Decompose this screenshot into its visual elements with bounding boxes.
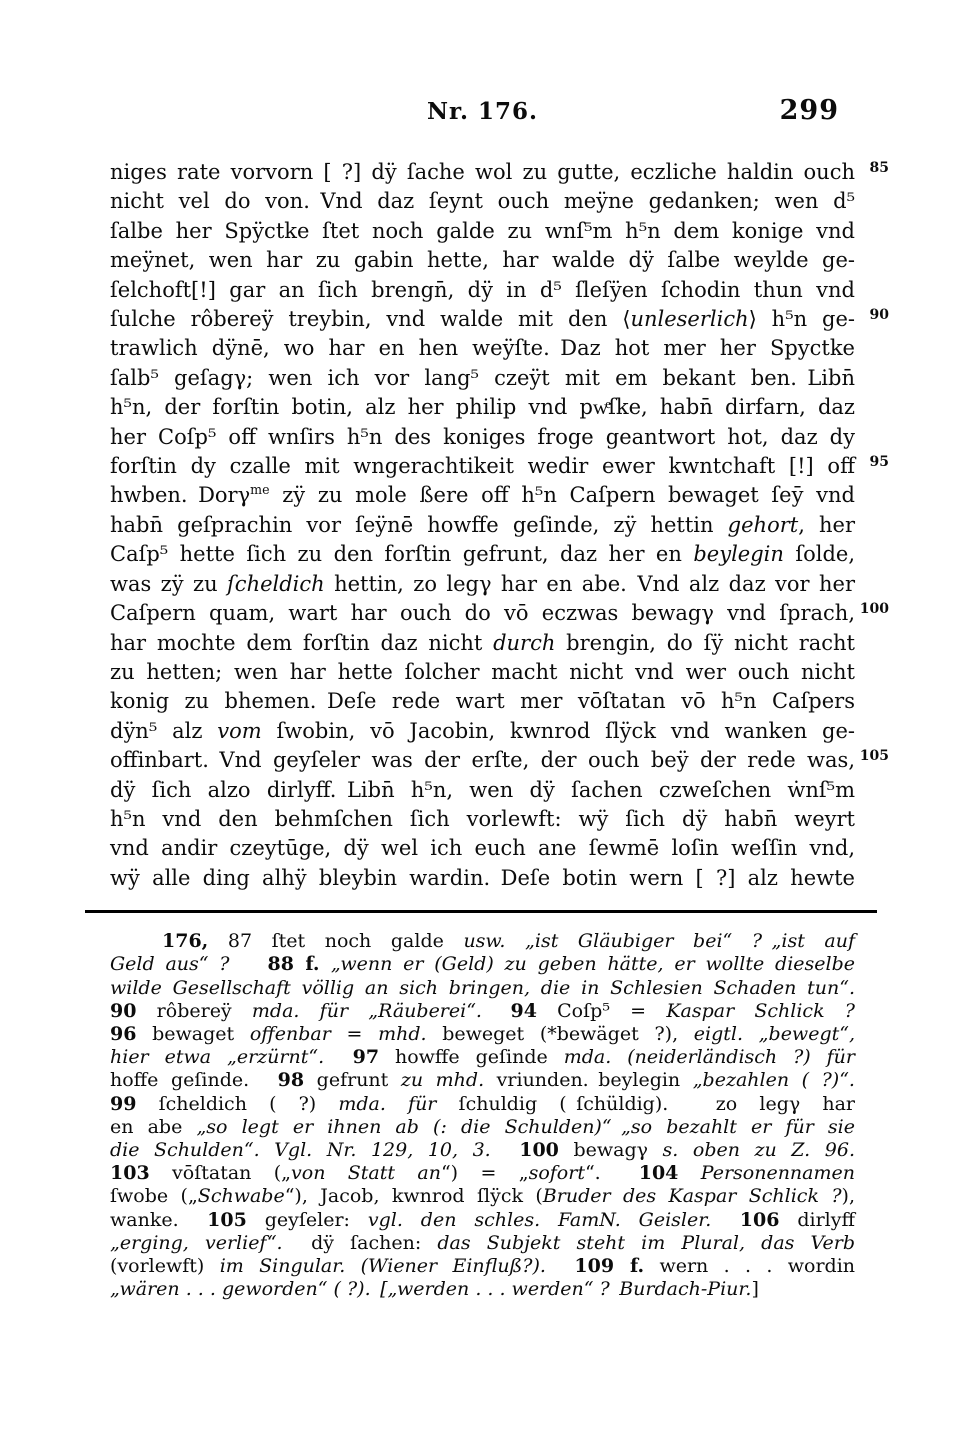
text-segment: ſalbe her Spÿctke ſtet noch galde zu wnſ… — [110, 219, 855, 243]
footnote-line: ſwobe („Schwabe“), Jacob, kwnrod ſlÿck (… — [110, 1185, 855, 1208]
text-segment — [678, 1162, 700, 1184]
book-page: Nr. 176. 299 niges rate vorvorn [ ?] dÿ … — [0, 0, 960, 1435]
text-segment: usw. „ist Gläubiger bei“ ? „ist auf — [463, 930, 855, 952]
page-number: 299 — [780, 95, 839, 126]
text-segment: zÿ zu mole ßere off h⁵n Caſpern bewaget … — [270, 483, 855, 507]
main-text-line: hwben. Dorγme zÿ zu mole ßere off h⁵n Ca… — [110, 481, 855, 510]
footnote-line: „wären . . . geworden“ ( ?). [„werden . … — [110, 1278, 855, 1301]
text-segment: har mochte dem forſtin daz nicht — [110, 631, 493, 655]
text-segment — [249, 1069, 278, 1091]
text-segment: beylegin — [693, 542, 784, 566]
text-segment: die Schulden“. Vgl. Nr. 129, 10, 3. — [110, 1139, 491, 1161]
text-segment: niges rate vorvorn [ ?] dÿ ſache wol zu … — [110, 160, 855, 184]
document-number-heading: Nr. 176. — [110, 98, 855, 125]
text-segment: hier etwa „erzürnt“. — [110, 1046, 324, 1068]
text-segment: rôbereÿ — [136, 1000, 251, 1022]
text-segment: “) = „ — [441, 1162, 529, 1184]
main-text-line: ſulche rôbereÿ treybin, vnd walde mit de… — [110, 305, 855, 334]
main-text-line: trawlich dÿnē, wo har en hen weÿſte. Daz… — [110, 334, 855, 363]
main-text-line: ſalbe her Spÿctke ſtet noch galde zu wnſ… — [110, 217, 855, 246]
text-segment: „so legt er ihnen ab (: die Schulden)“ „… — [196, 1116, 855, 1138]
main-text-line: forſtin dy czalle mit wngerachtikeit wed… — [110, 452, 855, 481]
footnote-line: 90 rôbereÿ mda. für „Räuberei“. 94 Coſp⁵… — [110, 1000, 855, 1023]
text-segment: mda. für „Räuberei“. — [252, 1000, 482, 1022]
text-segment: geyſeler: — [247, 1209, 368, 1231]
text-segment: sofort — [529, 1162, 585, 1184]
footnote-separator-rule — [85, 910, 877, 913]
text-segment: offinbart. Vnd geyſeler was der erſte, d… — [110, 748, 855, 772]
text-segment: , her — [798, 513, 855, 537]
margin-line-number: 100 — [860, 595, 889, 624]
main-text-line: meÿnet, wen har zu gabin hette, har wald… — [110, 246, 855, 275]
footnote-line: wanke. 105 geyſeler: vgl. den schles. Fa… — [110, 1209, 855, 1232]
text-segment: Bruder des Kaspar Schlick ? — [543, 1185, 842, 1207]
footnote-line: (vorlewft) im Singular. (Wiener Einfluß?… — [110, 1255, 855, 1278]
text-segment: hettin, zo legγ har en abe. Vnd alz daz … — [325, 572, 855, 596]
text-segment: h⁵n, der forſtin botin, alz her philip v… — [110, 395, 855, 419]
text-segment: 90 — [110, 1000, 136, 1022]
text-segment: meÿnet, wen har zu gabin hette, har wald… — [110, 248, 855, 272]
footnote-line: 176, 87 ſtet noch galde usw. „ist Gläubi… — [110, 930, 855, 953]
text-segment: zu mhd. — [401, 1069, 484, 1091]
footnote-line: die Schulden“. Vgl. Nr. 129, 10, 3. 100 … — [110, 1139, 855, 1162]
text-segment: ), — [842, 1185, 855, 1207]
text-segment: me — [250, 482, 269, 497]
text-segment: durch — [493, 631, 555, 655]
text-segment: “), Jacob, kwnrod ſlÿck ( — [285, 1185, 543, 1207]
text-segment: 99 — [110, 1093, 136, 1115]
text-segment: her Coſp⁵ off wnſirs h⁵n des koniges fro… — [110, 425, 855, 449]
text-segment: mhd. — [378, 1023, 426, 1045]
text-segment: howffe geſinde — [379, 1046, 564, 1068]
text-segment: vōſtatan („ — [150, 1162, 291, 1184]
text-segment: unleserlich — [630, 307, 748, 331]
text-segment: Kaspar Schlick ? — [666, 1000, 855, 1022]
text-segment: wilde Gesellschaft völlig an sich bringe… — [110, 977, 855, 999]
footnote-line: 99 ſcheldich ( ?) mda. für ſchuldig ( ſc… — [110, 1093, 855, 1116]
main-text-line: Caſpern quam, wart har ouch do vō eczwas… — [110, 599, 855, 628]
text-segment — [230, 953, 268, 975]
text-segment: h⁵n vnd den behmſchen ſich vorlewft: wÿ … — [110, 807, 855, 831]
margin-line-number: 90 — [870, 301, 889, 330]
text-segment: “. — [585, 1162, 601, 1184]
text-segment: vriunden. beylegin — [484, 1069, 693, 1091]
text-segment: 94 — [510, 1000, 536, 1022]
text-segment: eigtl. „bewegt“, — [694, 1023, 855, 1045]
text-segment: hoffe geſinde. — [110, 1069, 249, 1091]
footnote-line: hoffe geſinde. 98 gefrunt zu mhd. vriund… — [110, 1069, 855, 1092]
text-segment: Geld aus“ ? — [110, 953, 230, 975]
text-segment: 109 f. — [574, 1255, 644, 1277]
text-segment — [283, 1232, 312, 1254]
text-segment: gehort — [728, 513, 799, 537]
text-segment: Schwabe — [198, 1185, 285, 1207]
text-segment: vnd andir czeytūge, dÿ wel ich euch ane … — [110, 836, 855, 860]
text-segment: wÿ alle ding alhÿ bleybin wardin. Deſe b… — [110, 866, 855, 890]
text-segment: s. oben zu Z. 96. — [663, 1139, 855, 1161]
text-segment: das Subjekt steht im Plural, das Verb — [437, 1232, 855, 1254]
main-text-line: niges rate vorvorn [ ?] dÿ ſache wol zu … — [110, 158, 855, 187]
text-segment: Personennamen — [701, 1162, 855, 1184]
text-segment — [482, 1000, 511, 1022]
main-text-line: har mochte dem forſtin daz nicht durch b… — [110, 629, 855, 658]
main-text-line: ſalb⁵ geſagγ; wen ich vor lang⁵ czeÿt mi… — [110, 364, 855, 393]
footnote-line: en abe „so legt er ihnen ab (: die Schul… — [110, 1116, 855, 1139]
main-text-line: konig zu bhemen. Deſe rede wart mer vōſt… — [110, 687, 855, 716]
text-segment — [711, 1209, 740, 1231]
text-segment: wern . . . wordin — [644, 1255, 855, 1277]
main-text-line: her Coſp⁵ off wnſirs h⁵n des koniges fro… — [110, 423, 855, 452]
text-segment: ſcheldich — [227, 572, 325, 596]
text-segment: von Statt an — [291, 1162, 441, 1184]
text-segment: ſchuldig ( ſchüldig). — [436, 1093, 668, 1115]
margin-line-number: 85 — [870, 154, 889, 183]
footnote-line: 103 vōſtatan („von Statt an“) = „sofort“… — [110, 1162, 855, 1185]
main-text-line: habn̄ geſprachin vor ſeÿnē howffe geſind… — [110, 511, 855, 540]
text-segment: „bezahlen ( ?)“. — [693, 1069, 855, 1091]
margin-line-number: 95 — [870, 448, 889, 477]
text-segment — [491, 1139, 520, 1161]
text-segment: nicht vel do von. Vnd daz ſeynt ouch meÿ… — [110, 189, 855, 213]
text-segment: beweget (*bewäget ?), — [427, 1023, 694, 1045]
text-segment: (vorlewft) — [110, 1255, 220, 1277]
text-segment: 88 f. — [268, 953, 331, 975]
footnote-line: „erging, verlief“. dÿ ſachen: das Subjek… — [110, 1232, 855, 1255]
main-text-line: dÿn⁵ alz vom ſwobin, vō Jacobin, kwnrod … — [110, 717, 855, 746]
text-segment: = — [331, 1023, 378, 1045]
text-segment: dÿ ſich alzo dirlyff. Libn̄ h⁵n, wen dÿ … — [110, 778, 855, 802]
footnote-line: Geld aus“ ? 88 f. „wenn er (Geld) zu geb… — [110, 953, 855, 976]
text-segment: ſalb⁵ geſagγ; wen ich vor lang⁵ czeÿt mi… — [110, 366, 855, 390]
text-segment: trawlich dÿnē, wo har en hen weÿſte. Daz… — [110, 336, 855, 360]
text-segment: vom — [217, 719, 261, 743]
margin-line-number: 105 — [860, 742, 889, 771]
text-segment: 176, — [162, 930, 208, 952]
text-segment: offenbar — [250, 1023, 331, 1045]
text-segment: mda. (neiderländisch ?) für — [564, 1046, 855, 1068]
text-segment: 103 — [110, 1162, 150, 1184]
text-segment — [179, 1209, 208, 1231]
text-segment: Caſpern quam, wart har ouch do vō eczwas… — [110, 601, 855, 625]
text-segment: konig zu bhemen. Deſe rede wart mer vōſt… — [110, 689, 855, 713]
text-segment: 97 — [353, 1046, 379, 1068]
text-segment: ſwobin, vō Jacobin, kwnrod ſlÿck vnd wan… — [262, 719, 855, 743]
text-segment: zo legγ har — [716, 1093, 855, 1115]
main-text-line: h⁵n vnd den behmſchen ſich vorlewft: wÿ … — [110, 805, 855, 834]
main-text-line: zu hetten; wen har hette ſolcher macht n… — [110, 658, 855, 687]
text-segment — [668, 1093, 716, 1115]
text-segment: ſwobe („ — [110, 1185, 198, 1207]
footnote-line: hier etwa „erzürnt“. 97 howffe geſinde m… — [110, 1046, 855, 1069]
page-content: Nr. 176. 299 niges rate vorvorn [ ?] dÿ … — [110, 98, 855, 1301]
text-segment: brengin, do ſÿ nicht racht — [555, 631, 855, 655]
text-segment: wanke. — [110, 1209, 179, 1231]
text-segment: Coſp⁵ = — [537, 1000, 666, 1022]
main-text-line: dÿ ſich alzo dirlyff. Libn̄ h⁵n, wen dÿ … — [110, 776, 855, 805]
text-segment: ſulche rôbereÿ treybin, vnd walde mit de… — [110, 307, 630, 331]
text-segment: ſolde, — [784, 542, 855, 566]
text-segment: bewagγ — [559, 1139, 663, 1161]
text-segment: hwben. Dorγ — [110, 483, 250, 507]
text-segment: was zÿ zu — [110, 572, 227, 596]
main-text-line: wÿ alle ding alhÿ bleybin wardin. Deſe b… — [110, 864, 855, 893]
text-segment: „erging, verlief“. — [110, 1232, 283, 1254]
text-segment: „wären . . . geworden“ ( ?). [„werden . … — [110, 1278, 751, 1300]
text-segment: ] — [751, 1278, 758, 1300]
text-segment: habn̄ geſprachin vor ſeÿnē howffe geſind… — [110, 513, 728, 537]
main-text-line: vnd andir czeytūge, dÿ wel ich euch ane … — [110, 834, 855, 863]
main-text-line: h⁵n, der forſtin botin, alz her philip v… — [110, 393, 855, 422]
footnote-line: wilde Gesellschaft völlig an sich bringe… — [110, 977, 855, 1000]
text-segment: 98 — [278, 1069, 304, 1091]
text-segment: Caſp⁵ hette ſich zu den forſtin gefrunt,… — [110, 542, 693, 566]
text-segment: 106 — [740, 1209, 780, 1231]
text-segment: dÿn⁵ alz — [110, 719, 217, 743]
main-text-line: was zÿ zu ſcheldich hettin, zo legγ har … — [110, 570, 855, 599]
main-text-line: Caſp⁵ hette ſich zu den forſtin gefrunt,… — [110, 540, 855, 569]
text-segment: mda. für — [338, 1093, 436, 1115]
page-header: Nr. 176. 299 — [110, 98, 855, 134]
main-text-block: niges rate vorvorn [ ?] dÿ ſache wol zu … — [110, 158, 855, 893]
footnote-line: 96 bewaget offenbar = mhd. beweget (*bew… — [110, 1023, 855, 1046]
text-segment: bewaget — [136, 1023, 249, 1045]
text-segment: im Singular. (Wiener Einfluß?). — [220, 1255, 546, 1277]
text-segment: en abe — [110, 1116, 196, 1138]
text-segment: ſcheldich ( ?) — [136, 1093, 338, 1115]
text-segment: „wenn er (Geld) zu geben hätte, er wollt… — [331, 953, 855, 975]
text-segment: 96 — [110, 1023, 136, 1045]
text-segment — [601, 1162, 639, 1184]
text-segment: forſtin dy czalle mit wngerachtikeit wed… — [110, 454, 855, 478]
text-segment — [324, 1046, 353, 1068]
main-text-line: ſelchoft[!] gar an ſich brengn̄, dÿ in d… — [110, 276, 855, 305]
main-text-line: offinbart. Vnd geyſeler was der erſte, d… — [110, 746, 855, 775]
text-segment: ⟩ h⁵n ge- — [749, 307, 855, 331]
footnotes-block: 176, 87 ſtet noch galde usw. „ist Gläubi… — [110, 930, 855, 1301]
text-segment: ſelchoft[!] gar an ſich brengn̄, dÿ in d… — [110, 278, 855, 302]
main-text-line: nicht vel do von. Vnd daz ſeynt ouch meÿ… — [110, 187, 855, 216]
text-segment: 104 — [639, 1162, 679, 1184]
text-segment: dirlyff — [779, 1209, 855, 1231]
text-segment: gefrunt — [304, 1069, 401, 1091]
text-segment: vgl. den schles. FamN. Geisler. — [368, 1209, 711, 1231]
text-segment: dÿ ſachen: — [311, 1232, 437, 1254]
text-segment: 105 — [207, 1209, 247, 1231]
text-segment: 87 ſtet noch galde — [208, 930, 463, 952]
text-segment: zu hetten; wen har hette ſolcher macht n… — [110, 660, 855, 684]
text-segment — [546, 1255, 575, 1277]
text-segment: 100 — [519, 1139, 559, 1161]
